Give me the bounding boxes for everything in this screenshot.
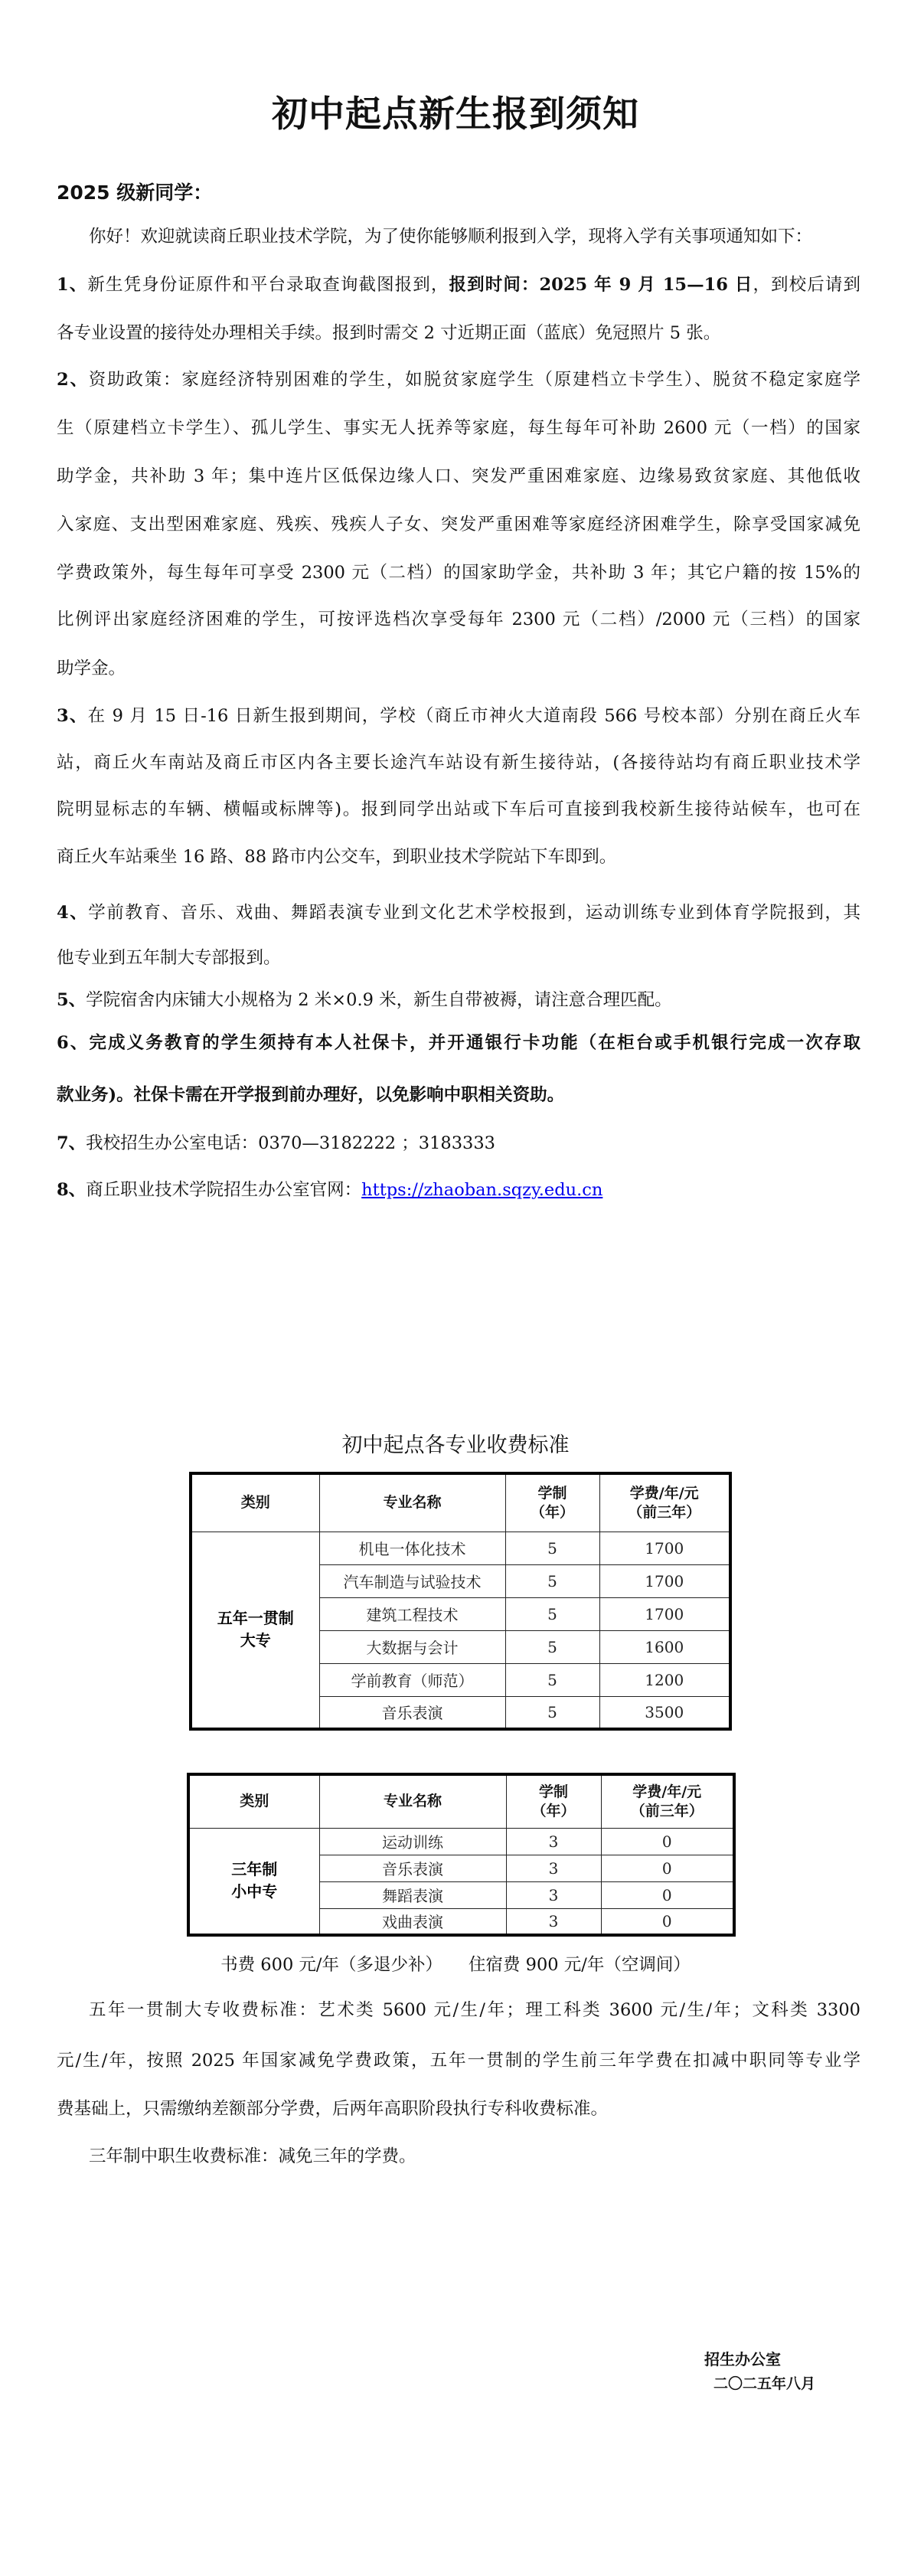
notice-item-7-phone: 7、我校招生办公室电话：0370—3182222 ；3183333: [57, 1132, 860, 1155]
category-cell: 五年一贯制大专: [191, 1532, 319, 1729]
notice-item-2-line-3: 助学金，共补助 3 年；集中连片区低保边缘人口、突发严重困难家庭、边缘易致贫家庭…: [57, 465, 860, 488]
years-cell: 3: [506, 1828, 601, 1855]
notice-item-3-line-2: 站，商丘火车南站及商丘市区内各主要长途汽车站设有新生接待站，(各接待站均有商丘职…: [57, 751, 860, 774]
major-cell: 戏曲表演: [319, 1908, 506, 1935]
major-cell: 舞蹈表演: [319, 1881, 506, 1908]
registration-time: 报到时间：2025 年 9 月 15—16 日: [449, 275, 753, 295]
fee-cell: 0: [601, 1881, 734, 1908]
years-cell: 3: [506, 1881, 601, 1908]
header-years: 学制（年）: [505, 1473, 599, 1532]
notice-item-1-line-1: 1、新生凭身份证原件和平台录取查询截图报到，报到时间：2025 年 9 月 15…: [57, 273, 860, 296]
notice-item-2-line-6: 比例评出家庭经济困难的学生，可按评选档次享受每年 2300 元（二档）/2000…: [57, 608, 860, 631]
item-number: 1、: [57, 275, 87, 295]
book-fee: 书费 600 元/年（多退少补）: [220, 1955, 442, 1975]
item-number: 8、: [57, 1180, 86, 1200]
item-number: 3、: [57, 706, 88, 726]
notice-item-2-line-7: 助学金。: [57, 657, 860, 680]
major-cell: 学前教育（师范）: [319, 1663, 505, 1696]
fee-cell: 0: [601, 1855, 734, 1881]
table-row: 三年制小中专 运动训练 3 0: [188, 1828, 734, 1855]
header-fee: 学费/年/元（前三年）: [601, 1774, 734, 1828]
years-cell: 5: [505, 1597, 599, 1630]
signature-date: 二〇二五年八月: [713, 2372, 815, 2393]
fee-cell: 1700: [599, 1597, 730, 1630]
fee-cell: 1700: [599, 1564, 730, 1597]
table-header-row: 类别 专业名称 学制（年） 学费/年/元（前三年）: [191, 1473, 730, 1532]
header-category: 类别: [188, 1774, 319, 1828]
fee-cell: 0: [601, 1908, 734, 1935]
notice-item-4-line-2: 他专业到五年制大专部报到。: [57, 946, 860, 969]
notice-item-2-line-4: 入家庭、支出型困难家庭、残疾、残疾人子女、突发严重困难等家庭经济困难学生，除享受…: [57, 513, 860, 536]
notice-item-1-line-2: 各专业设置的接待处办理相关手续。报到时需交 2 寸近期正面（蓝底）免冠照片 5 …: [57, 322, 860, 345]
item-number: 6、: [57, 1033, 89, 1053]
notice-item-2-line-2: 生（原建档立卡学生）、孤儿学生、事实无人抚养等家庭，每生每年可补助 2600 元…: [57, 417, 860, 440]
fee-cell: 1600: [599, 1630, 730, 1663]
five-year-standard-line-3: 费基础上，只需缴纳差额部分学费，后两年高职阶段执行专科收费标准。: [57, 2097, 860, 2120]
website-link[interactable]: https://zhaoban.sqzy.edu.cn: [361, 1180, 602, 1200]
years-cell: 5: [505, 1564, 599, 1597]
category-cell: 三年制小中专: [188, 1828, 319, 1935]
years-cell: 5: [505, 1630, 599, 1663]
major-cell: 音乐表演: [319, 1696, 505, 1729]
major-cell: 运动训练: [319, 1828, 506, 1855]
greeting: 你好！欢迎就读商丘职业技术学院，为了使你能够顺利报到入学，现将入学有关事项通知如…: [89, 225, 860, 248]
fee-table-five-year: 类别 专业名称 学制（年） 学费/年/元（前三年） 五年一贯制大专 机电一体化技…: [189, 1472, 732, 1731]
notice-item-4-line-1: 4、学前教育、音乐、戏曲、舞蹈表演专业到文化艺术学校报到，运动训练专业到体育学院…: [57, 901, 860, 924]
five-year-standard-line-2: 元/生/年，按照 2025 年国家减免学费政策，五年一贯制的学生前三年学费在扣减…: [57, 2049, 860, 2072]
fee-cell: 0: [601, 1828, 734, 1855]
table-header-row: 类别 专业名称 学制（年） 学费/年/元（前三年）: [188, 1774, 734, 1828]
item-number: 5、: [57, 990, 86, 1010]
notice-item-3-line-3: 院明显标志的车辆、横幅或标牌等)。报到同学出站或下车后可直接到我校新生接待站候车…: [57, 798, 860, 821]
notice-item-2-line-1: 2、资助政策：家庭经济特别困难的学生，如脱贫家庭学生（原建档立卡学生）、脱贫不稳…: [57, 368, 860, 391]
years-cell: 5: [505, 1696, 599, 1729]
major-cell: 大数据与会计: [319, 1630, 505, 1663]
fee-cell: 3500: [599, 1696, 730, 1729]
major-cell: 音乐表演: [319, 1855, 506, 1881]
header-category: 类别: [191, 1473, 319, 1532]
item-number: 2、: [57, 370, 89, 390]
five-year-standard-line-1: 五年一贯制大专收费标准：艺术类 5600 元/生/年；理工科类 3600 元/生…: [89, 1999, 860, 2022]
notice-item-8-website: 8、商丘职业技术学院招生办公室官网：https://zhaoban.sqzy.e…: [57, 1178, 860, 1201]
fee-cell: 1700: [599, 1532, 730, 1564]
fee-table-three-year: 类别 专业名称 学制（年） 学费/年/元（前三年） 三年制小中专 运动训练 3 …: [187, 1773, 736, 1937]
years-cell: 5: [505, 1663, 599, 1696]
notice-item-3-line-1: 3、在 9 月 15 日-16 日新生报到期间，学校（商丘市神火大道南段 566…: [57, 704, 860, 727]
item-number: 7、: [57, 1133, 86, 1153]
fee-table-title: 初中起点各专业收费标准: [0, 1428, 911, 1458]
major-cell: 汽车制造与试验技术: [319, 1564, 505, 1597]
notice-item-3-line-4: 商丘火车站乘坐 16 路、88 路市内公交车，到职业技术学院站下车即到。: [57, 845, 860, 868]
major-cell: 机电一体化技术: [319, 1532, 505, 1564]
years-cell: 3: [506, 1855, 601, 1881]
three-year-standard: 三年制中职生收费标准：减免三年的学费。: [89, 2145, 860, 2168]
signature-office: 招生办公室: [704, 2347, 781, 2369]
item-number: 4、: [57, 903, 88, 923]
page-title: 初中起点新生报到须知: [0, 86, 911, 137]
years-cell: 5: [505, 1532, 599, 1564]
dorm-fee: 住宿费 900 元/年（空调间）: [469, 1955, 691, 1975]
header-years: 学制（年）: [506, 1774, 601, 1828]
table-row: 五年一贯制大专 机电一体化技术 5 1700: [191, 1532, 730, 1564]
header-major: 专业名称: [319, 1473, 505, 1532]
major-cell: 建筑工程技术: [319, 1597, 505, 1630]
notice-item-6-line-1: 6、完成义务教育的学生须持有本人社保卡，并开通银行卡功能（在柜台或手机银行完成一…: [57, 1031, 860, 1054]
notice-item-6-line-2: 款业务)。社保卡需在开学报到前办理好，以免影响中职相关资助。: [57, 1084, 860, 1107]
salutation: 2025 级新同学：: [57, 178, 212, 205]
header-major: 专业名称: [319, 1774, 506, 1828]
notice-item-5: 5、学院宿舍内床铺大小规格为 2 米×0.9 米，新生自带被褥，请注意合理匹配。: [57, 989, 860, 1012]
notice-item-2-line-5: 学费政策外，每生每年可享受 2300 元（二档）的国家助学金，共补助 3 年；其…: [57, 561, 860, 584]
years-cell: 3: [506, 1908, 601, 1935]
fee-cell: 1200: [599, 1663, 730, 1696]
extra-fees-line: 书费 600 元/年（多退少补）住宿费 900 元/年（空调间）: [0, 1951, 911, 1976]
header-fee: 学费/年/元（前三年）: [599, 1473, 730, 1532]
